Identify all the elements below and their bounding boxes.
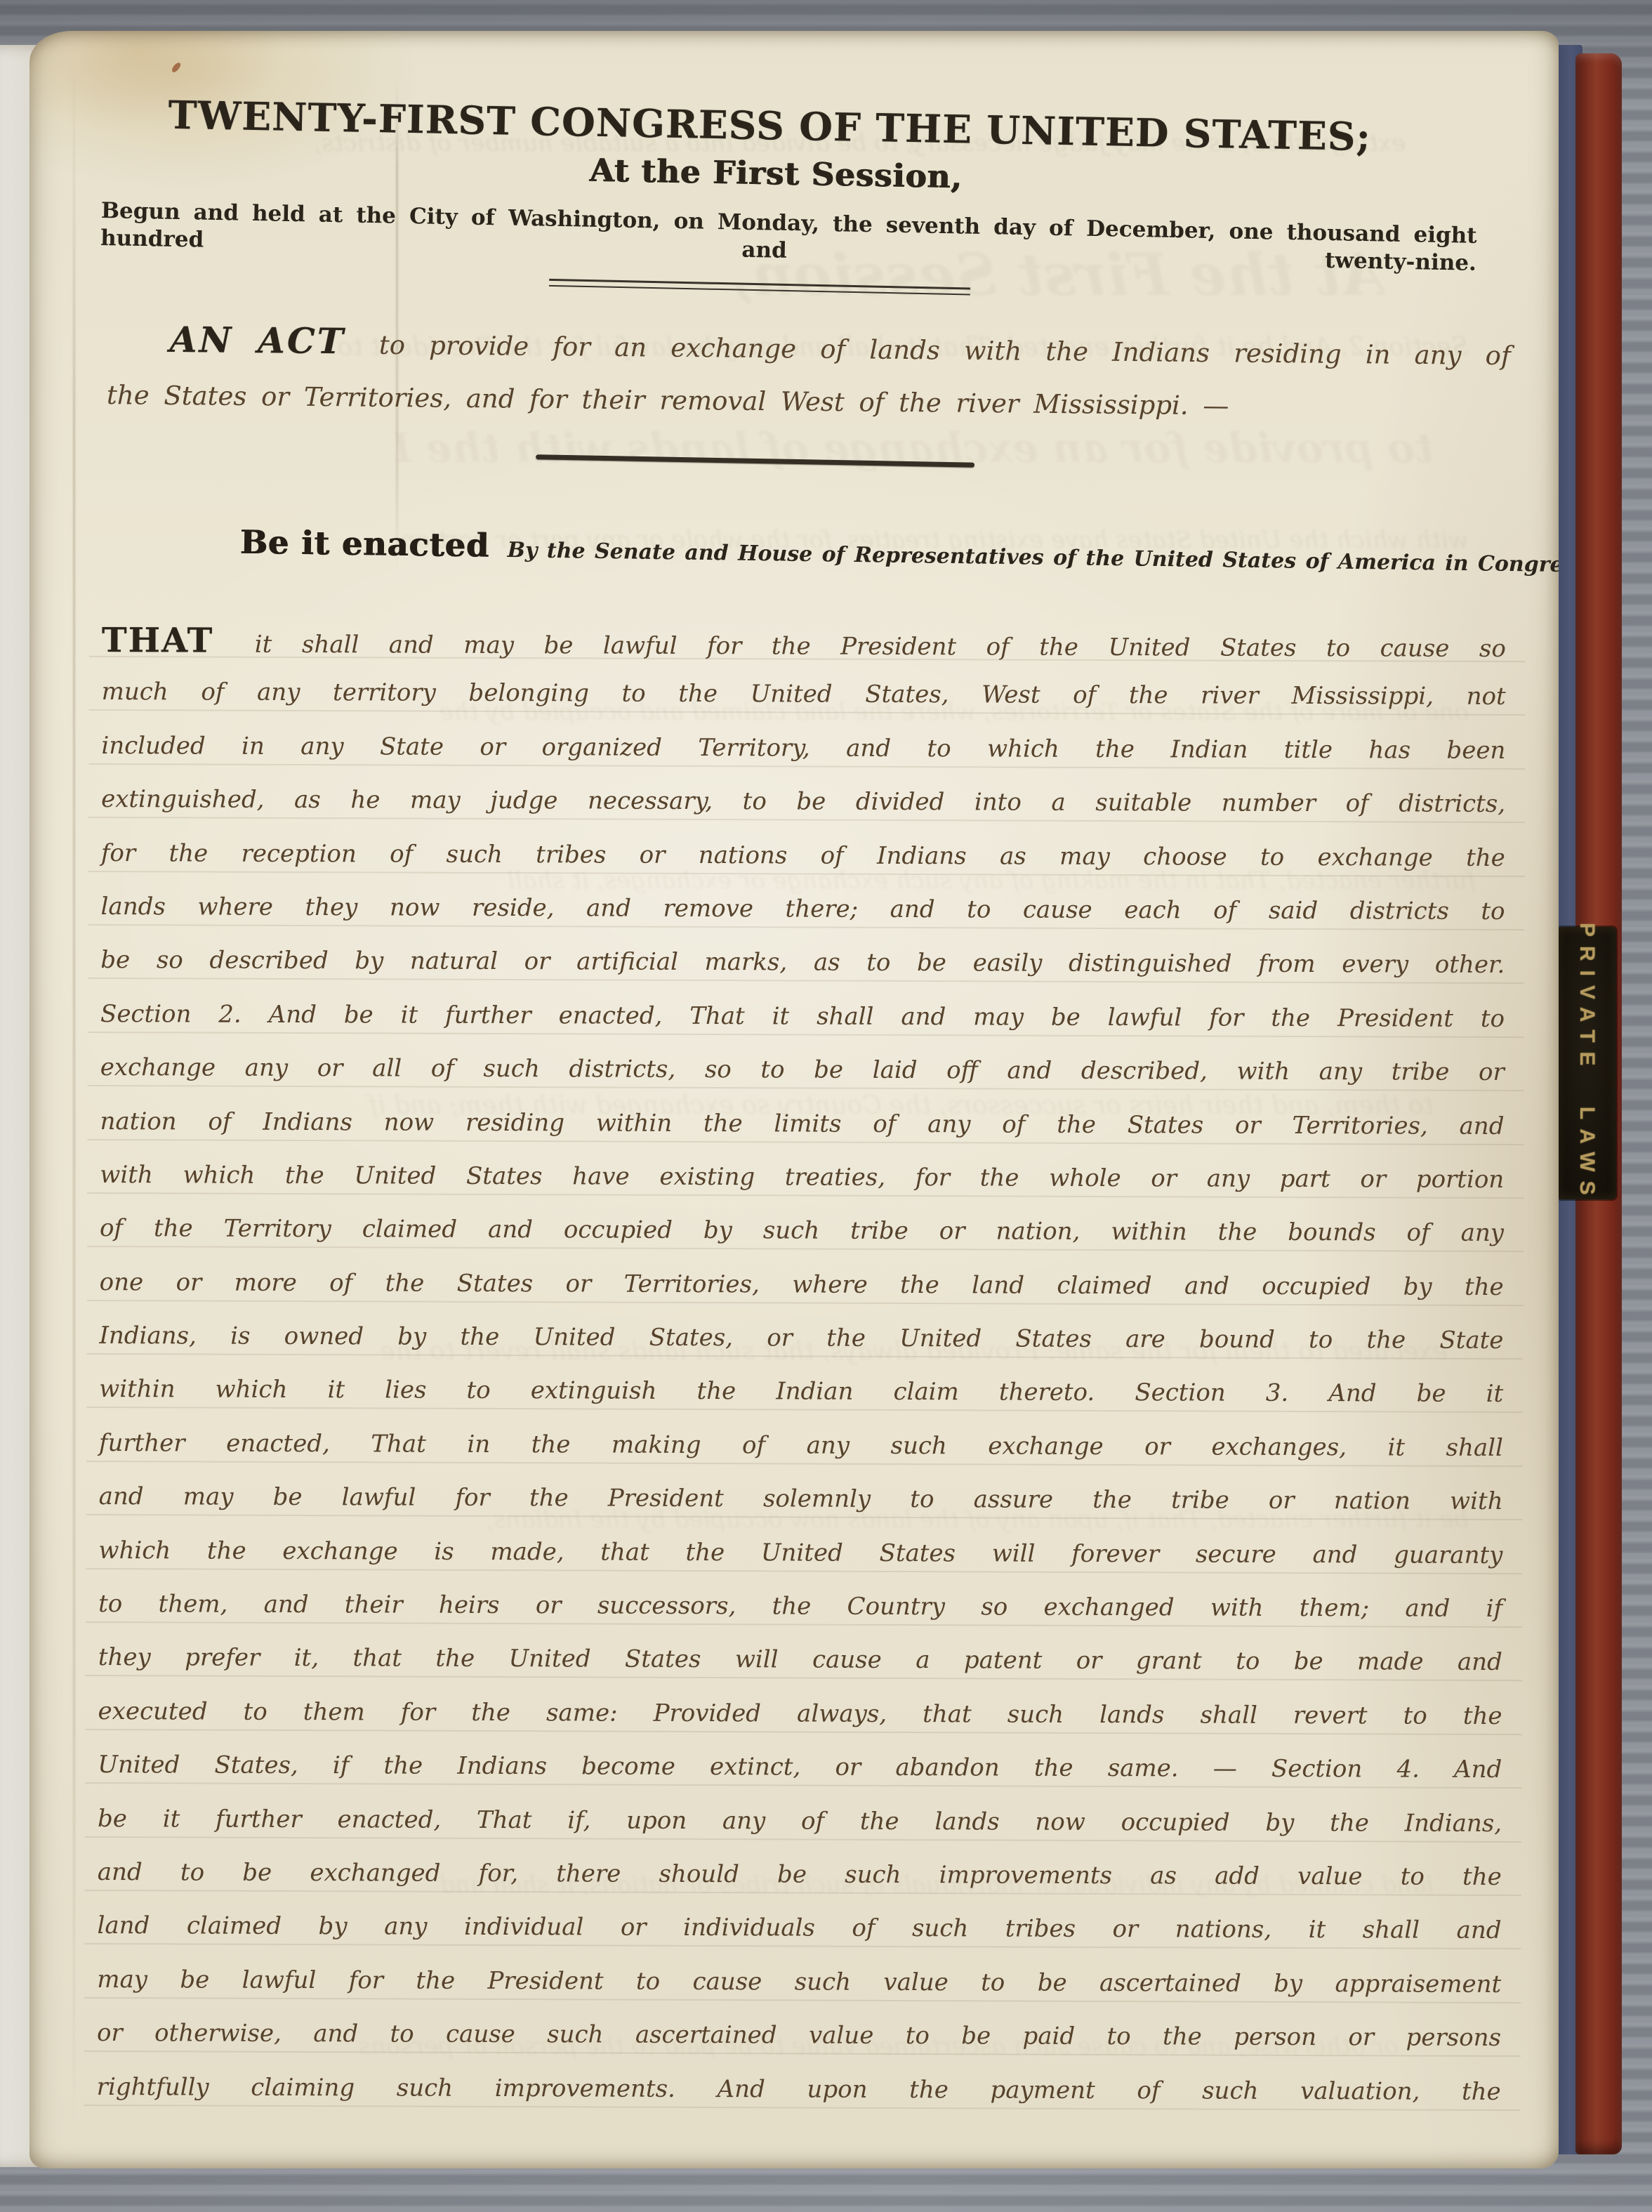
manuscript-line: and to be exchanged for, there should be… (98, 1857, 1502, 1916)
manuscript-line: with which the United States have existi… (100, 1160, 1504, 1218)
convening-line: Begun and held at the City of Washington… (100, 197, 1477, 277)
act-title-line-2: the States or Territories, and for their… (103, 380, 1510, 423)
manuscript-line: nation of Indians now residing within th… (100, 1107, 1504, 1165)
manuscript-line: they prefer it, that the United States w… (98, 1642, 1502, 1701)
section-rule (536, 454, 974, 467)
manuscript-line: United States, if the Indians become ext… (98, 1750, 1502, 1808)
an-act-label: AN ACT (169, 319, 345, 362)
manuscript-line: one or more of the States or Territories… (100, 1268, 1504, 1326)
manuscript-line: for the reception of such tribes or nati… (101, 838, 1505, 897)
manuscript-line: may be lawful for the President to cause… (97, 1965, 1501, 2023)
manuscript-line: further enacted, That in the making of a… (99, 1428, 1503, 1487)
manuscript-line: of the Territory claimed and occupied by… (100, 1213, 1504, 1272)
spine-label-text: PRIVATE LAWS (1575, 923, 1599, 1204)
manuscript-line: exchange any or all of such districts, s… (100, 1053, 1505, 1111)
manuscript-line: included in any State or organized Terri… (101, 731, 1505, 789)
enacting-clause-text: By the Senate and House of Representativ… (507, 538, 1559, 580)
that-word: THAT (102, 621, 214, 661)
manuscript-line: THAT it shall and may be lawful for the … (102, 624, 1506, 682)
manuscript-line: much of any territory belonging to the U… (101, 677, 1505, 735)
act-title-handwriting: to provide for an exchange of lands with… (379, 330, 1511, 371)
enacting-clause: Be it enacted By the Senate and House of… (103, 524, 1479, 577)
manuscript-line: Indians, is owned by the United States, … (99, 1321, 1503, 1379)
manuscript-line: within which it lies to extinguish the I… (99, 1374, 1503, 1433)
manuscript-line: be it further enacted, That if, upon any… (98, 1804, 1502, 1862)
act-title-line-1: AN ACTto provide for an exchange of land… (103, 322, 1511, 371)
manuscript-line: land claimed by any individual or indivi… (97, 1911, 1501, 1969)
manuscript-line: executed to them for the same: Provided … (98, 1697, 1502, 1755)
printed-header: TWENTY-FIRST CONGRESS OF THE UNITED STAT… (100, 91, 1479, 304)
manuscript-line: or otherwise, and to cause such ascertai… (97, 2018, 1501, 2076)
double-rule (549, 279, 970, 296)
scanned-manuscript-photo: PRIVATE LAWS extinguished, as he may jud… (0, 0, 1652, 2212)
manuscript-line: extinguished, as he may judge necessary,… (101, 784, 1505, 843)
ink-speck (171, 61, 182, 74)
manuscript-line: and may be lawful for the President sole… (98, 1482, 1502, 1540)
act-body-text: THAT it shall and may be lawful for the … (97, 624, 1506, 2131)
spine-label: PRIVATE LAWS (1557, 927, 1616, 1199)
be-it-enacted-label: Be it enacted (239, 526, 489, 562)
manuscript-line: which the exchange is made, that the Uni… (98, 1536, 1502, 1594)
manuscript-line: lands where they now reside, and remove … (100, 892, 1505, 950)
document-page: extinguished, as he may judge necessary,… (29, 31, 1559, 2168)
act-heading: AN ACTto provide for an exchange of land… (102, 322, 1511, 470)
manuscript-line: rightfully claiming such improvements. A… (97, 2072, 1501, 2131)
manuscript-line: Section 2. And be it further enacted, Th… (100, 999, 1505, 1058)
manuscript-line: to them, and their heirs or successors, … (98, 1589, 1502, 1647)
manuscript-line: be so described by natural or artificial… (100, 945, 1505, 1003)
page-crease (73, 59, 75, 2138)
